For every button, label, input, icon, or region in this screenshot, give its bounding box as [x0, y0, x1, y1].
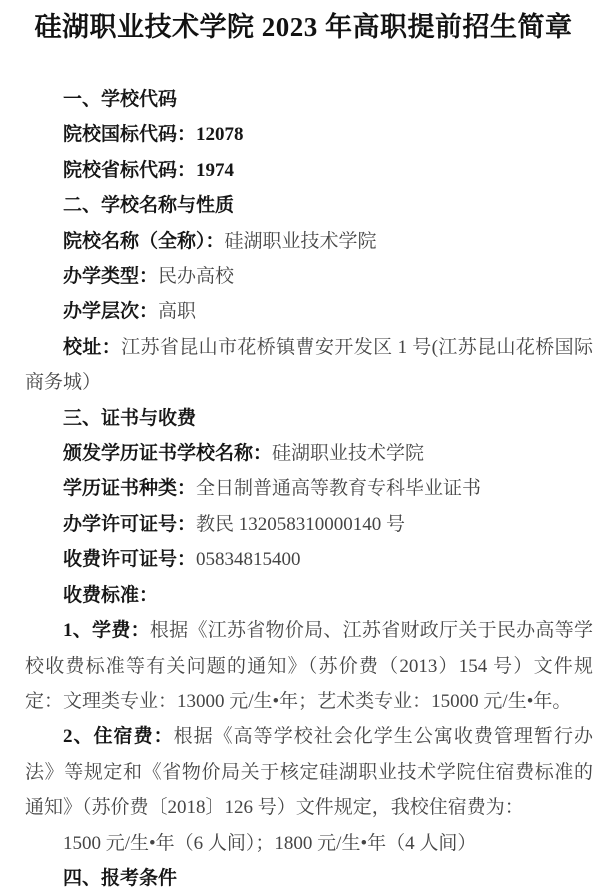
field-label: 颁发学历证书学校名称：: [63, 443, 272, 464]
field-label: 校址：: [63, 337, 121, 358]
field-value: 高职: [158, 301, 196, 322]
field-fee-license-number: 收费许可证号：05834815400: [25, 542, 593, 577]
field-operating-license-number: 办学许可证号：教民 132058310000140 号: [25, 507, 593, 542]
field-label: 2、住宿费：: [63, 726, 174, 747]
field-label: 1、学费：: [63, 620, 150, 641]
field-label: 办学类型：: [63, 266, 158, 287]
field-value: 民办高校: [158, 266, 234, 287]
section-heading-school-name-nature: 二、学校名称与性质: [25, 188, 593, 223]
section-heading-school-code: 一、学校代码: [25, 82, 593, 117]
page-title: 硅湖职业技术学院 2023 年高职提前招生简章: [0, 0, 607, 43]
heading-text: 收费标准：: [63, 585, 158, 606]
field-diploma-type: 学历证书种类：全日制普通高等教育专科毕业证书: [25, 471, 593, 506]
field-national-code: 院校国标代码：12078: [25, 117, 593, 152]
field-tuition-fee: 1、学费：根据《江苏省物价局、江苏省财政厅关于民办高等学校收费标准等有关问题的通…: [25, 613, 593, 719]
field-label: 院校国标代码：: [63, 124, 196, 145]
field-label: 办学层次：: [63, 301, 158, 322]
field-value: 12078: [196, 124, 244, 145]
heading-text: 三、证书与收费: [63, 408, 196, 429]
field-provincial-code: 院校省标代码：1974: [25, 153, 593, 188]
field-label: 办学许可证号：: [63, 514, 196, 535]
field-label: 院校省标代码：: [63, 160, 196, 181]
field-school-type: 办学类型：民办高校: [25, 259, 593, 294]
field-label: 学历证书种类：: [63, 478, 196, 499]
field-school-full-name: 院校名称（全称）：硅湖职业技术学院: [25, 224, 593, 259]
field-value: 硅湖职业技术学院: [225, 231, 377, 252]
heading-fee-standard: 收费标准：: [25, 578, 593, 613]
field-value: 05834815400: [196, 549, 301, 570]
field-label: 院校名称（全称）：: [63, 231, 225, 252]
heading-text: 四、报考条件: [63, 868, 177, 889]
field-school-address: 校址：江苏省昆山市花桥镇曹安开发区 1 号(江苏昆山花桥国际商务城）: [25, 330, 593, 401]
field-value: 硅湖职业技术学院: [272, 443, 424, 464]
field-value: 全日制普通高等教育专科毕业证书: [196, 478, 481, 499]
text-line: 1500 元/生•年（6 人间）；1800 元/生•年（4 人间）: [63, 833, 476, 854]
field-accommodation-fee: 2、住宿费：根据《高等学校社会化学生公寓收费管理暂行办法》等规定和《省物价局关于…: [25, 719, 593, 825]
heading-text: 二、学校名称与性质: [63, 195, 234, 216]
section-heading-application-requirements: 四、报考条件: [25, 861, 593, 893]
field-education-level: 办学层次：高职: [25, 294, 593, 329]
text-accommodation-rates: 1500 元/生•年（6 人间）；1800 元/生•年（4 人间）: [25, 826, 593, 861]
field-value: 1974: [196, 160, 234, 181]
document-body: 一、学校代码 院校国标代码：12078 院校省标代码：1974 二、学校名称与性…: [0, 82, 607, 893]
field-label: 收费许可证号：: [63, 549, 196, 570]
field-diploma-school-name: 颁发学历证书学校名称：硅湖职业技术学院: [25, 436, 593, 471]
heading-text: 一、学校代码: [63, 89, 177, 110]
document-page: 硅湖职业技术学院 2023 年高职提前招生简章 一、学校代码 院校国标代码：12…: [0, 0, 607, 893]
field-value: 教民 132058310000140 号: [196, 514, 405, 535]
section-heading-certificates-fees: 三、证书与收费: [25, 401, 593, 436]
